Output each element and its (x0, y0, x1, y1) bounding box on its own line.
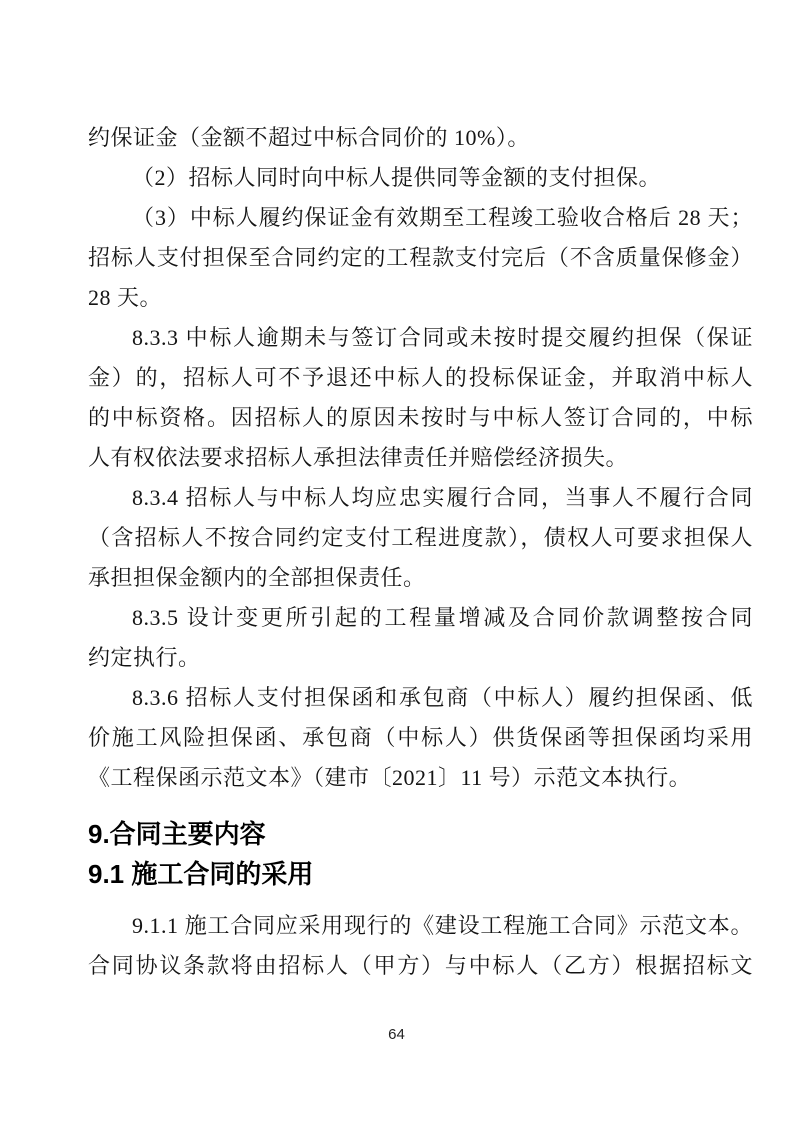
text-line: 的中标资格。因招标人的原因未按时与中标人签订合同的，中标 (88, 398, 753, 438)
text-line: 价施工风险担保函、承包商（中标人）供货保函等担保函均采用 (88, 718, 753, 758)
text-line: 8.3.6 招标人支付担保函和承包商（中标人）履约担保函、低 (88, 678, 753, 718)
text-line: 承担担保金额内的全部担保责任。 (88, 558, 753, 598)
page-footer: 64 (0, 1026, 793, 1044)
text-line: 8.3.3 中标人逾期未与签订合同或未按时提交履约担保（保证 (88, 318, 753, 358)
text-line: 合同协议条款将由招标人（甲方）与中标人（乙方）根据招标文 (88, 946, 753, 986)
text-line: 招标人支付担保至合同约定的工程款支付完后（不含质量保修金） (88, 238, 753, 278)
text-line: 9.1.1 施工合同应采用现行的《建设工程施工合同》示范文本。 (88, 906, 753, 946)
text-line: 8.3.4 招标人与中标人均应忠实履行合同，当事人不履行合同 (88, 478, 753, 518)
text-block: 约保证金（金额不超过中标合同价的 10%）。（2）招标人同时向中标人提供同等金额… (88, 118, 753, 986)
text-line: （3）中标人履约保证金有效期至工程竣工验收合格后 28 天； (88, 198, 753, 238)
page-number: 64 (388, 1026, 405, 1043)
text-line: 金）的，招标人可不予退还中标人的投标保证金，并取消中标人 (88, 358, 753, 398)
text-line: （2）招标人同时向中标人提供同等金额的支付担保。 (88, 158, 753, 198)
text-line: 约定执行。 (88, 638, 753, 678)
text-line: 8.3.5 设计变更所引起的工程量增减及合同价款调整按合同 (88, 598, 753, 638)
section-heading: 9.1 施工合同的采用 (88, 854, 753, 894)
text-line: （含招标人不按合同约定支付工程进度款），债权人可要求担保人 (88, 518, 753, 558)
text-line: 28 天。 (88, 278, 753, 318)
document-page: 约保证金（金额不超过中标合同价的 10%）。（2）招标人同时向中标人提供同等金额… (0, 0, 793, 1122)
text-line: 《工程保函示范文本》（建市〔2021〕11 号）示范文本执行。 (88, 758, 753, 798)
text-line: 约保证金（金额不超过中标合同价的 10%）。 (88, 118, 753, 158)
text-line: 人有权依法要求招标人承担法律责任并赔偿经济损失。 (88, 438, 753, 478)
section-heading: 9.合同主要内容 (88, 814, 753, 854)
